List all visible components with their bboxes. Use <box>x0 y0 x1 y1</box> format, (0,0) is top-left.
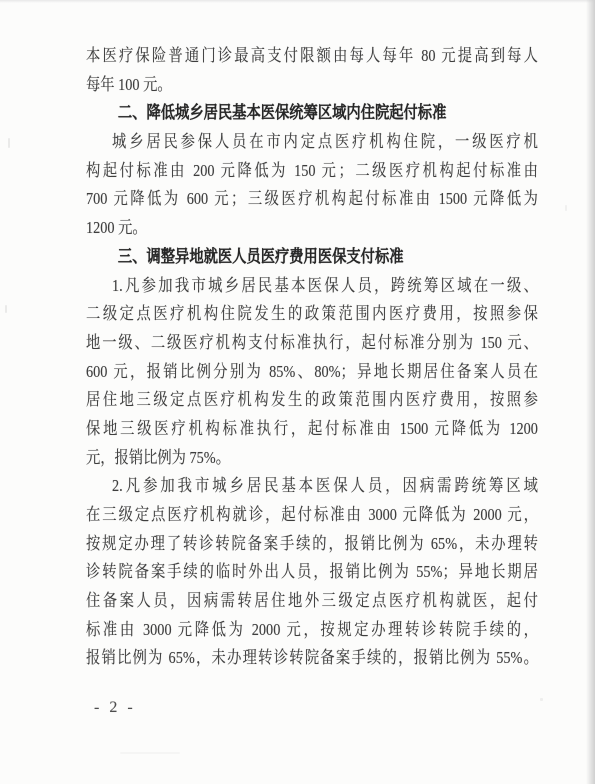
text-line: 按规定办理了转诊转院备案手续的，报销比例为 65%，未办理转 <box>86 530 538 559</box>
text-line: 在三级定点医疗机构就诊，起付标准由 3000 元降低为 2000 元， <box>86 501 538 530</box>
text-line: 700 元降低为 600 元；三级医疗机构起付标准由 1500 元降低为 <box>86 185 538 214</box>
text-line: 城乡居民参保人员在市内定点医疗机构住院，一级医疗机 <box>86 128 538 157</box>
text-line: 保地三级医疗机构标准执行，起付标准由 1500 元降低为 1200 <box>86 415 538 444</box>
text-line: 地一级、二级医疗机构支付标准执行，起付标准分别为 150 元、 <box>86 329 538 358</box>
scanned-document-page: 本医疗保险普通门诊最高支付限额由每人每年 80 元提高到每人 每年 100 元。… <box>0 0 595 784</box>
text-line: 住备案人员，因病需转居住地外三级定点医疗机构就医，起付 <box>86 587 538 616</box>
text-line: 诊转院备案手续的临时外出人员，报销比例为 55%；异地长期居 <box>86 558 538 587</box>
text-line: 居住地三级定点医疗机构发生的政策范围内医疗费用，按照参 <box>86 386 538 415</box>
section-heading-2: 二、降低城乡居民基本医保统筹区域内住院起付标准 <box>86 99 538 128</box>
page-number: - 2 - <box>94 699 136 717</box>
section-heading-3: 三、调整异地就医人员医疗费用医保支付标准 <box>86 243 538 272</box>
scan-artifact <box>540 698 543 701</box>
text-line: 标准由 3000 元降低为 2000 元，按规定办理转诊转院手续的， <box>86 616 538 645</box>
text-line: 每年 100 元。 <box>86 71 538 100</box>
scan-artifact <box>120 752 180 754</box>
scan-edge-shadow-top <box>0 0 595 3</box>
scan-artifact <box>565 205 567 211</box>
text-line: 1.凡参加我市城乡居民基本医保人员，跨统筹区域在一级、 <box>86 272 538 301</box>
text-line: 2.凡参加我市城乡居民基本医保人员，因病需跨统筹区域 <box>86 472 538 501</box>
text-line: 元，报销比例为 75%。 <box>86 444 538 473</box>
scan-artifact <box>8 138 10 148</box>
text-line: 600 元，报销比例分别为 85%、80%；异地长期居住备案人员在 <box>86 358 538 387</box>
text-line: 报销比例为 65%，未办理转诊转院备案手续的，报销比例为 55%。 <box>86 644 538 673</box>
scan-artifact <box>5 305 7 313</box>
text-line: 1200 元。 <box>86 214 538 243</box>
scan-edge-shadow-right <box>586 0 595 784</box>
document-body: 本医疗保险普通门诊最高支付限额由每人每年 80 元提高到每人 每年 100 元。… <box>86 42 538 673</box>
text-line: 本医疗保险普通门诊最高支付限额由每人每年 80 元提高到每人 <box>86 42 538 71</box>
text-line: 构起付标准由 200 元降低为 150 元；二级医疗机构起付标准由 <box>86 157 538 186</box>
text-line: 二级定点医疗机构住院发生的政策范围内医疗费用，按照参保 <box>86 300 538 329</box>
